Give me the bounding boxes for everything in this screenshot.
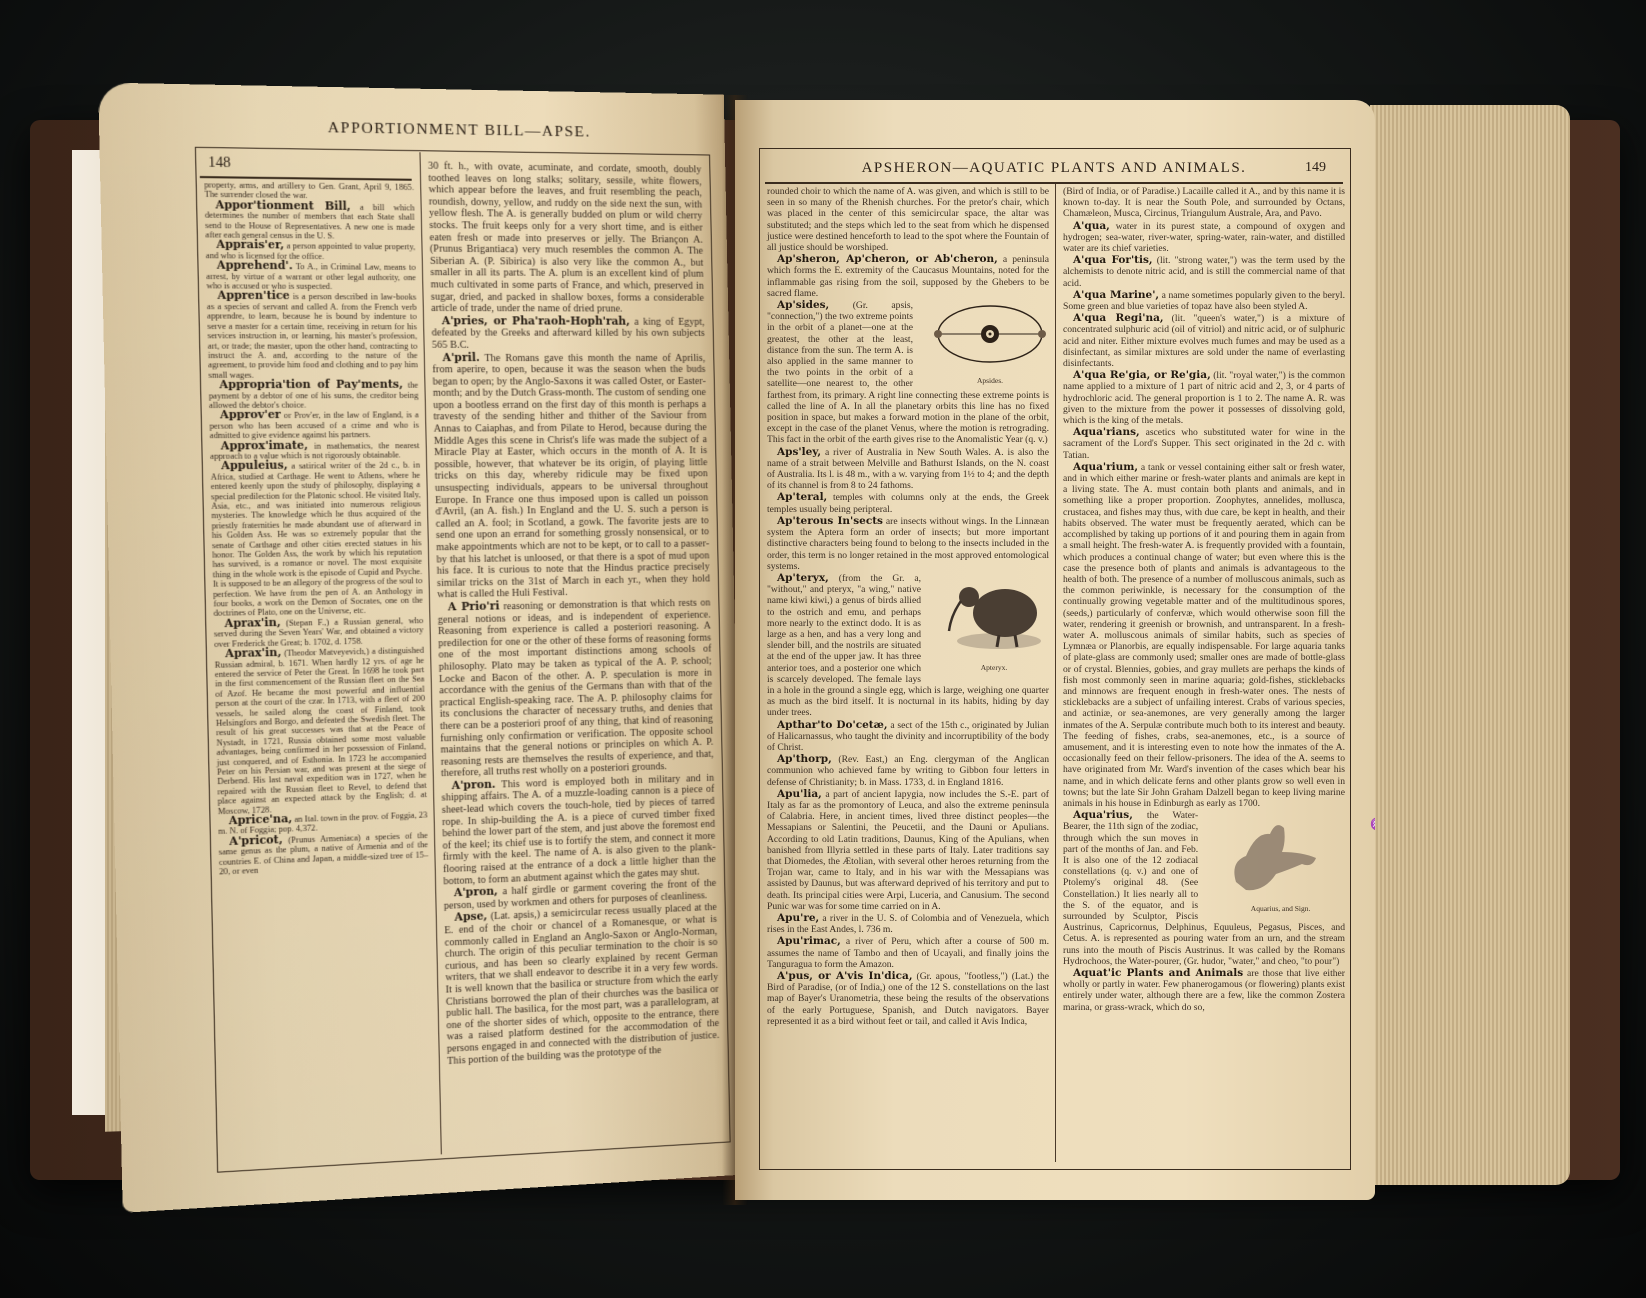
encyclopedia-entry: A'pries, or Pha'raoh-Hoph'rah, a king of… <box>431 316 705 352</box>
encyclopedia-entry: Aps'ley, a river of Australia in New Sou… <box>767 447 1049 492</box>
entry-text: property, arms, and artillery to Gen. Gr… <box>204 180 414 200</box>
encyclopedia-entry: A'pricot, (Prunus Armeniaca) a species o… <box>218 831 428 877</box>
encyclopedia-entry: Appuleius, a satirical writer of the 2d … <box>210 461 423 619</box>
entry-text: a part of ancient Iapygia, now includes … <box>767 789 1049 912</box>
encyclopedia-entry: ♒ Aquarius, and Sign. Aqua'rius, the Wat… <box>1063 810 1345 967</box>
entry-headword: Ap'sheron, Ap'cheron, or Ab'cheron, <box>777 253 998 265</box>
entry-headword: Apse, <box>454 911 487 925</box>
encyclopedia-entry: A'qua Regi'na, (lit. "queen's water,") i… <box>1063 313 1345 369</box>
entry-headword: A'pron, <box>454 886 498 900</box>
entry-headword: Appren'tice <box>217 290 290 303</box>
right-page: APSHERON—AQUATIC PLANTS AND ANIMALS. 149… <box>735 100 1375 1200</box>
entry-headword: Apthar'to Do'cetæ, <box>777 719 888 731</box>
water-bearer-icon <box>1216 812 1328 898</box>
encyclopedia-entry: 30 ft. h., with ovate, acuminate, and co… <box>428 161 704 316</box>
encyclopedia-entry: A'qua, water in its purest state, a comp… <box>1063 221 1345 255</box>
entry-headword: Apu'rimac, <box>777 935 841 947</box>
encyclopedia-entry: Apu're, a river in the U. S. of Colombia… <box>767 913 1049 935</box>
column-divider-right <box>1055 184 1056 1162</box>
entry-headword: A'qua Re'gia, or Re'gia, <box>1073 369 1211 381</box>
entry-text: is a person described in law-books as a … <box>207 292 418 379</box>
entry-headword: Ap'teryx, <box>777 572 829 584</box>
encyclopedia-entry: Appor'tionment Bill, a bill which determ… <box>205 201 415 242</box>
encyclopedia-entry: Apu'rimac, a river of Peru, which after … <box>767 936 1049 970</box>
encyclopedia-entry: (Bird of India, or of Paradise.) Lacaill… <box>1063 186 1345 220</box>
encyclopedia-entry: Ap'terous In'sects are insects without w… <box>767 516 1049 572</box>
entry-headword: Aqua'rium, <box>1073 461 1138 473</box>
figure-caption: Apteryx. <box>929 662 1049 673</box>
encyclopedia-entry: A Prio'ri reasoning or demonstration is … <box>437 597 714 780</box>
encyclopedia-entry: Ap'sheron, Ap'cheron, or Ab'cheron, a pe… <box>767 254 1049 299</box>
entry-headword: Ap'thorp, <box>777 753 832 765</box>
entry-headword: Ap'sides, <box>777 299 829 311</box>
encyclopedia-entry: Aquat'ic Plants and Animals are those th… <box>1063 968 1345 1013</box>
encyclopedia-entry: Apthar'to Do'cetæ, a sect of the 15th c.… <box>767 720 1049 754</box>
encyclopedia-entry: Aprax'in, (Theodor Matveyevich,) a disti… <box>214 646 427 817</box>
header-rule-right <box>765 182 1343 184</box>
encyclopedia-entry: Apu'lia, a part of ancient Iapygia, now … <box>767 789 1049 912</box>
encyclopedia-entry: Approx'imate, in mathematics, the neares… <box>210 441 420 462</box>
encyclopedia-entry: Apteryx. Ap'teryx, (from the Gr. a, "wit… <box>767 573 1049 719</box>
encyclopedia-entry: Aqua'rium, a tank or vessel containing e… <box>1063 462 1345 809</box>
right-page-edges <box>1370 105 1570 1185</box>
entry-text: (Theodor Matveyevich,) a distinguished R… <box>215 646 427 816</box>
right-page-column-1: rounded choir to which the name of A. wa… <box>767 186 1049 1162</box>
entry-headword: Approv'er <box>220 409 281 422</box>
encyclopedia-entry: A'qua Marine', a name sometimes popularl… <box>1063 290 1345 312</box>
entry-headword: A'pus, or A'vis In'dica, <box>777 970 913 982</box>
left-page-column-1: property, arms, and artillery to Gen. Gr… <box>204 180 434 1167</box>
encyclopedia-entry: Ap'thorp, (Rev. East,) an Eng. clergyman… <box>767 754 1049 788</box>
entry-text: (Bird of India, or of Paradise.) Lacaill… <box>1063 186 1345 219</box>
kiwi-bird-icon <box>939 575 1049 657</box>
apteryx-figure: Apteryx. <box>929 575 1049 673</box>
aquarius-sign-icon: ♒ <box>1370 817 1375 831</box>
entry-headword: A'qua For'tis, <box>1073 254 1153 266</box>
entry-headword: A Prio'ri <box>448 600 500 613</box>
encyclopedia-entry: Approv'er or Prov'er, in the law of Engl… <box>209 411 419 441</box>
apsides-figure: Apsides. <box>921 302 1049 386</box>
left-page: APPORTIONMENT BILL—APSE. 148 property, a… <box>98 82 746 1212</box>
encyclopedia-entry: A'pus, or A'vis In'dica, (Gr. apous, "fo… <box>767 971 1049 1027</box>
entry-text: a satirical writer of the 2d c., b. in A… <box>211 461 423 619</box>
encyclopedia-entry: rounded choir to which the name of A. wa… <box>767 186 1049 253</box>
entry-headword: Aqua'rians, <box>1073 426 1140 438</box>
encyclopedia-entry: A'pron. This word is employed both in mi… <box>441 773 716 888</box>
entry-headword: A'pril. <box>442 351 479 363</box>
page-number-left: 148 <box>208 155 231 172</box>
encyclopedia-entry: Apprehend'. To A., in Criminal Law, mean… <box>206 262 416 292</box>
encyclopedia-entry: Appren'tice is a person described in law… <box>207 292 418 380</box>
entry-text: rounded choir to which the name of A. wa… <box>767 186 1049 253</box>
encyclopedia-entry: Aqua'rians, ascetics who substituted wat… <box>1063 427 1345 461</box>
entry-text: 30 ft. h., with ovate, acuminate, and co… <box>428 161 704 315</box>
entry-headword: Ap'teral, <box>777 491 827 503</box>
entry-text: (Lat. apsis,) a semicircular recess usua… <box>444 902 719 1066</box>
entry-headword: A'qua Regi'na, <box>1073 312 1164 324</box>
entry-text: a tank or vessel containing either salt … <box>1063 462 1345 809</box>
entry-headword: Aqua'rius, <box>1073 809 1133 821</box>
entry-headword: Aps'ley, <box>777 446 821 458</box>
entry-headword: A'qua Marine', <box>1073 289 1159 301</box>
aquarius-figure: ♒ Aquarius, and Sign. <box>1206 812 1345 914</box>
entry-headword: Apu'lia, <box>777 788 822 800</box>
encyclopedia-entry: A'qua For'tis, (lit. "strong water,") wa… <box>1063 255 1345 289</box>
encyclopedia-entry: Apse, (Lat. apsis,) a semicircular reces… <box>444 902 720 1067</box>
entry-headword: A'pries, or Pha'raoh-Hoph'rah, <box>442 315 630 328</box>
entry-headword: A'qua, <box>1073 220 1110 232</box>
encyclopedia-entry: Appropria'tion of Pay'ments, the payment… <box>209 381 419 411</box>
entry-headword: Ap'terous In'sects <box>777 515 883 527</box>
encyclopedia-entry: Ap'teral, temples with columns only at t… <box>767 492 1049 514</box>
figure-caption: Apsides. <box>921 375 1049 386</box>
orbit-diagram-icon <box>931 302 1049 370</box>
running-head-right: APSHERON—AQUATIC PLANTS AND ANIMALS. <box>759 160 1349 177</box>
right-page-column-2: (Bird of India, or of Paradise.) Lacaill… <box>1063 186 1345 1162</box>
encyclopedia-entry: A'pril. The Romans gave this month the n… <box>432 352 710 601</box>
entry-text: The Romans gave this month the name of A… <box>432 352 710 600</box>
running-head-left: APPORTIONMENT BILL—APSE. <box>229 118 685 143</box>
encyclopedia-entry: Aprax'in, (Stepan F.,) a Russian general… <box>214 616 424 649</box>
entry-text: reasoning or demonstration is that which… <box>438 597 714 779</box>
entry-headword: Apu're, <box>777 912 819 924</box>
left-page-column-2: 30 ft. h., with ovate, acuminate, and co… <box>428 161 722 1152</box>
encyclopedia-entry: A'qua Re'gia, or Re'gia, (lit. "royal wa… <box>1063 370 1345 426</box>
encyclopedia-entry: Apsides. Ap'sides, (Gr. apsis, "connecti… <box>767 300 1049 446</box>
figure-caption: Aquarius, and Sign. <box>1206 903 1345 914</box>
entry-headword: A'pron. <box>452 778 496 792</box>
page-number-right: 149 <box>1305 160 1326 176</box>
entry-headword: Aquat'ic Plants and Animals <box>1073 967 1243 979</box>
